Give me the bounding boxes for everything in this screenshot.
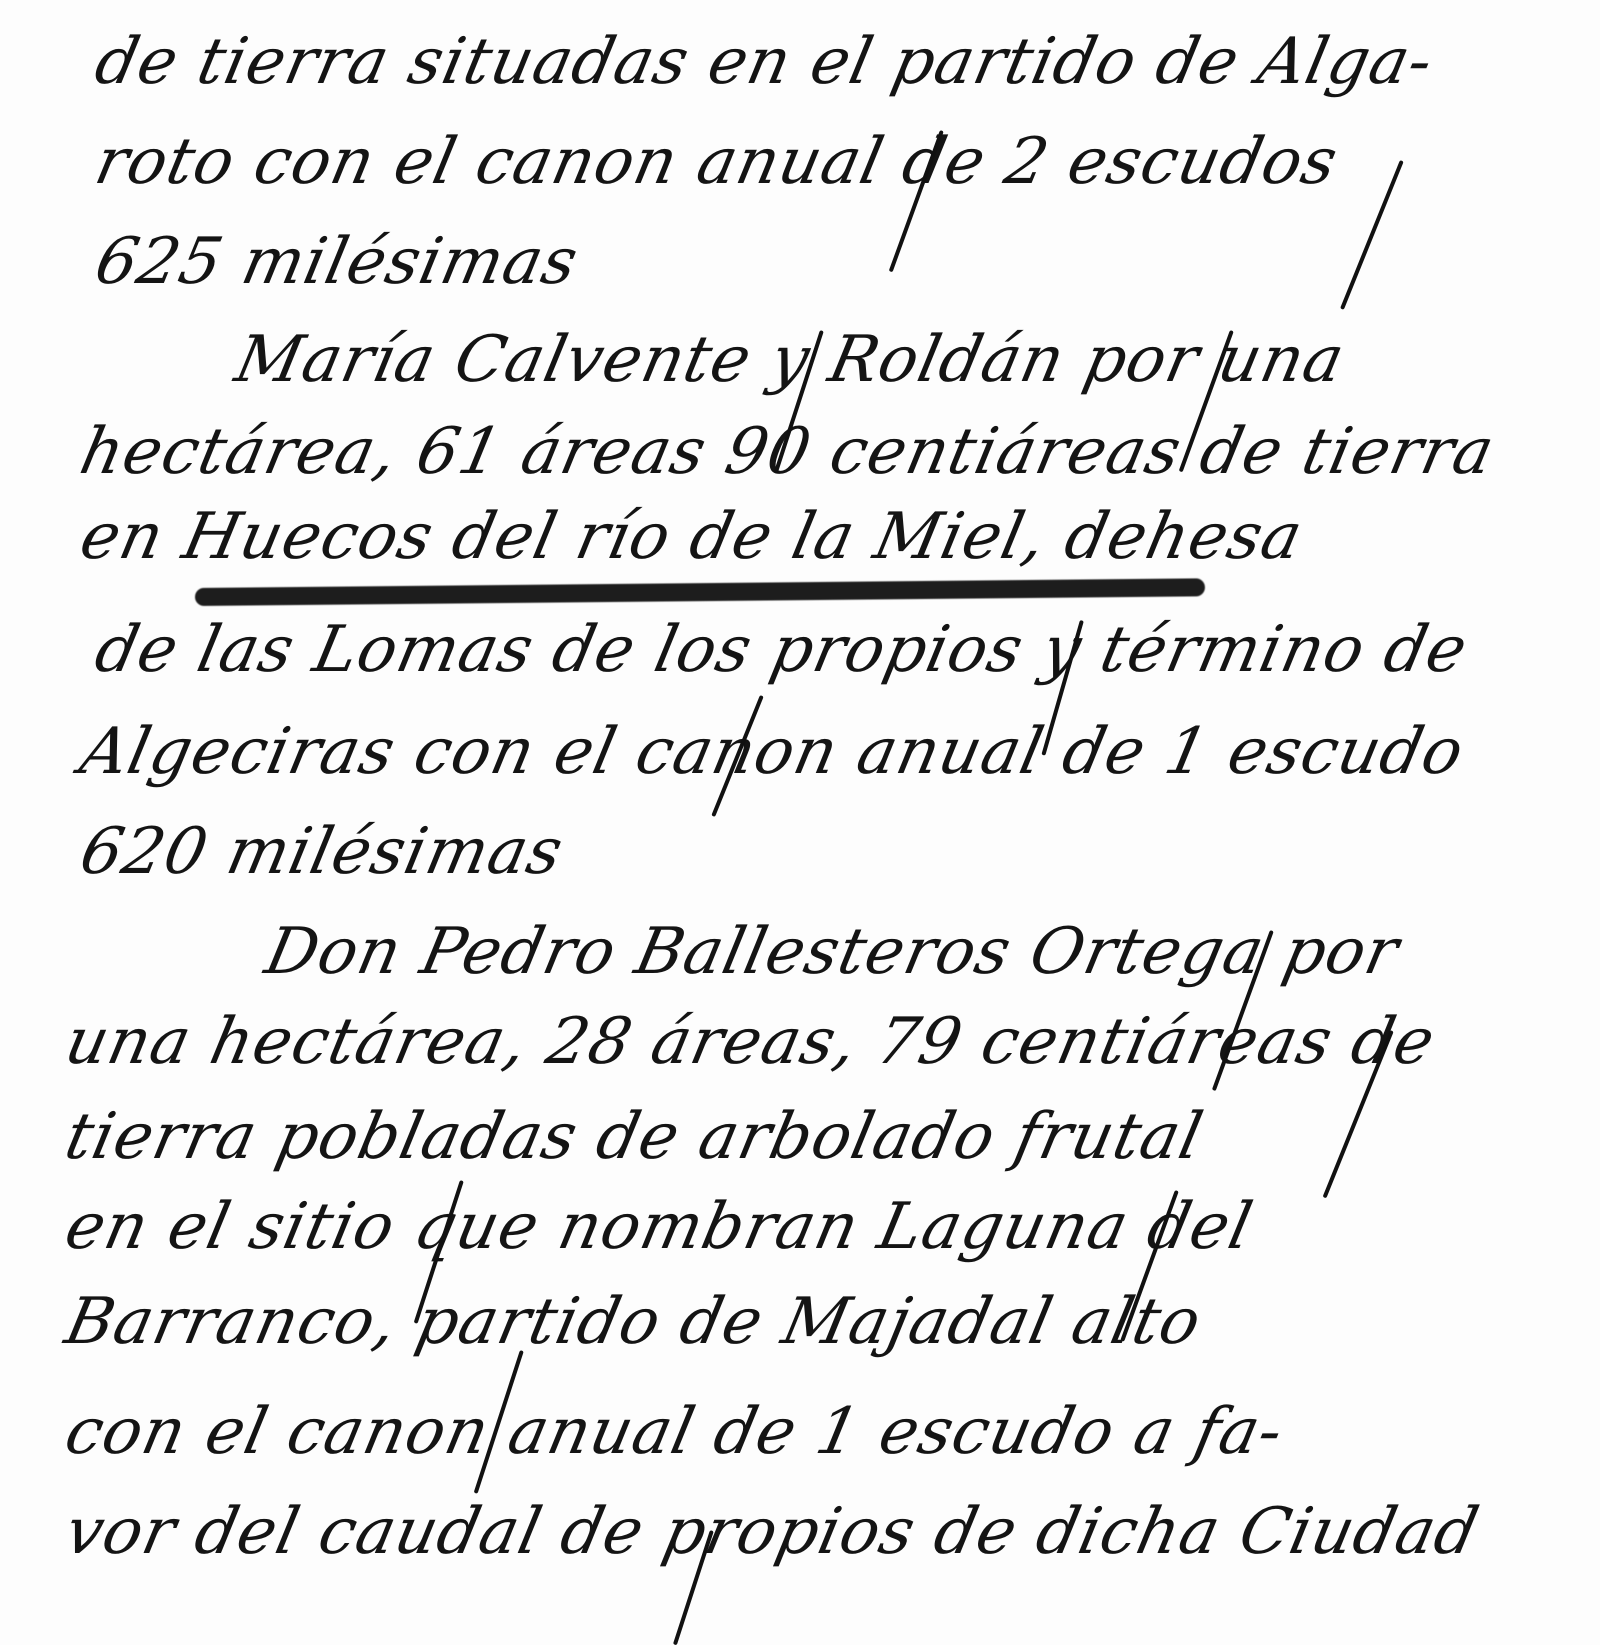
descender-stroke <box>1340 160 1404 310</box>
underline-highlight-bar <box>195 578 1205 606</box>
manuscript-line-15: con el canon anual de 1 escudo a fa- <box>60 1400 1289 1464</box>
manuscript-line-1: de tierra situadas en el partido de Alga… <box>90 30 1439 94</box>
manuscript-line-16: vor del caudal de propios de dicha Ciuda… <box>60 1500 1484 1564</box>
manuscript-line-4: María Calvente y Roldán por una <box>230 328 1350 392</box>
manuscript-line-12: tierra pobladas de arbolado frutal <box>60 1105 1209 1169</box>
manuscript-line-10: Don Pedro Ballesteros Ortega por <box>260 920 1404 984</box>
manuscript-line-2: roto con el canon anual de 2 escudos <box>90 130 1343 194</box>
manuscript-line-14: Barranco, partido de Majadal alto <box>60 1290 1207 1354</box>
manuscript-line-9: 620 milésimas <box>75 820 569 884</box>
manuscript-line-13: en el sitio que nombran Laguna del <box>60 1195 1258 1259</box>
manuscript-line-7: de las Lomas de los propios y término de <box>90 618 1473 682</box>
manuscript-line-6: en Huecos del río de la Miel, dehesa <box>75 505 1308 569</box>
manuscript-line-8: Algeciras con el canon anual de 1 escudo <box>75 720 1469 784</box>
manuscript-line-3: 625 milésimas <box>90 230 584 294</box>
manuscript-page: de tierra situadas en el partido de Alga… <box>0 0 1600 1645</box>
